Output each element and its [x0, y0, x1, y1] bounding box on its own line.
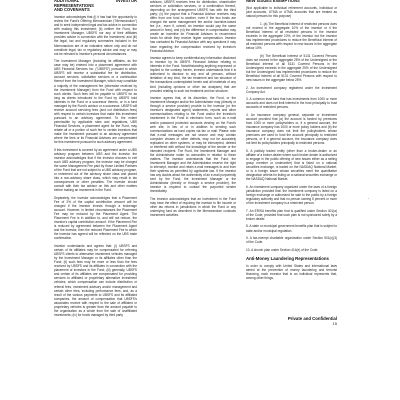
left-column: ADDITIONAL INVESTOR REPRESENTATIONS AND … — [54, 0, 137, 320]
section-heading: ADDITIONAL INVESTOR REPRESENTATIONS AND … — [54, 0, 137, 13]
list-item: (b) The Beneficial Interest of 5131 Cove… — [246, 54, 337, 82]
intro-paragraph: (Not applicable to individual retirement… — [246, 6, 337, 18]
section-heading: NEW ISSUES EXEMPTIONS — [246, 0, 337, 4]
right-column: NEW ISSUES EXEMPTIONS (Not applicable to… — [246, 0, 337, 284]
paragraph: Investor agrees to keep confidential any… — [150, 56, 236, 92]
paragraph: Investor agrees that, at its discretion,… — [150, 96, 236, 193]
list-item: 6. An investment company organized under… — [246, 185, 337, 205]
list-item: 1. (a) The Beneficial Interest of restri… — [246, 22, 337, 50]
scan-artifact — [368, 198, 369, 199]
aml-paragraph: In order to comply with United States an… — [246, 264, 337, 280]
list-item: 9. A tax-exempt charitable organization … — [246, 236, 337, 244]
list-item: 2. An investment company registered unde… — [246, 86, 337, 94]
page-number: 15 — [246, 321, 337, 326]
heading-line-2: AND COVENANTS — [54, 8, 137, 13]
paragraph: The Investment Manager (including its af… — [54, 59, 137, 144]
paragraph: The investor acknowledges that an invest… — [150, 197, 236, 217]
list-item: 8. A state or municipal government benef… — [246, 224, 337, 232]
list-item: 3. A common trust fund that has investme… — [246, 97, 337, 109]
aml-heading: Anti-Money Laundering Representations — [246, 256, 337, 261]
paragraph: Investor acknowledges that (i) it has ha… — [54, 15, 137, 55]
list-item: 5. A publicly traded entity (other than … — [246, 149, 337, 181]
list-item: 4. An insurance company general, separat… — [246, 113, 337, 145]
list-item: 10. A church plan under Section 414(e) o… — [246, 248, 337, 252]
paragraph: Investor understands and agrees that: (i… — [54, 244, 137, 317]
list-item: 7. An ERISA benefits plan that is qualif… — [246, 209, 337, 221]
paragraph: advisors, UBSFS receives fees for distri… — [150, 0, 236, 53]
document-page: ADDITIONAL INVESTOR REPRESENTATIONS AND … — [0, 0, 400, 400]
paragraph: If this investment is covered by an agre… — [54, 148, 137, 193]
paragraph: Separately, the investor acknowledges th… — [54, 196, 137, 241]
middle-column: advisors, UBSFS receives fees for distri… — [150, 0, 236, 221]
page-footer: Private and Confidential 15 — [246, 316, 337, 326]
